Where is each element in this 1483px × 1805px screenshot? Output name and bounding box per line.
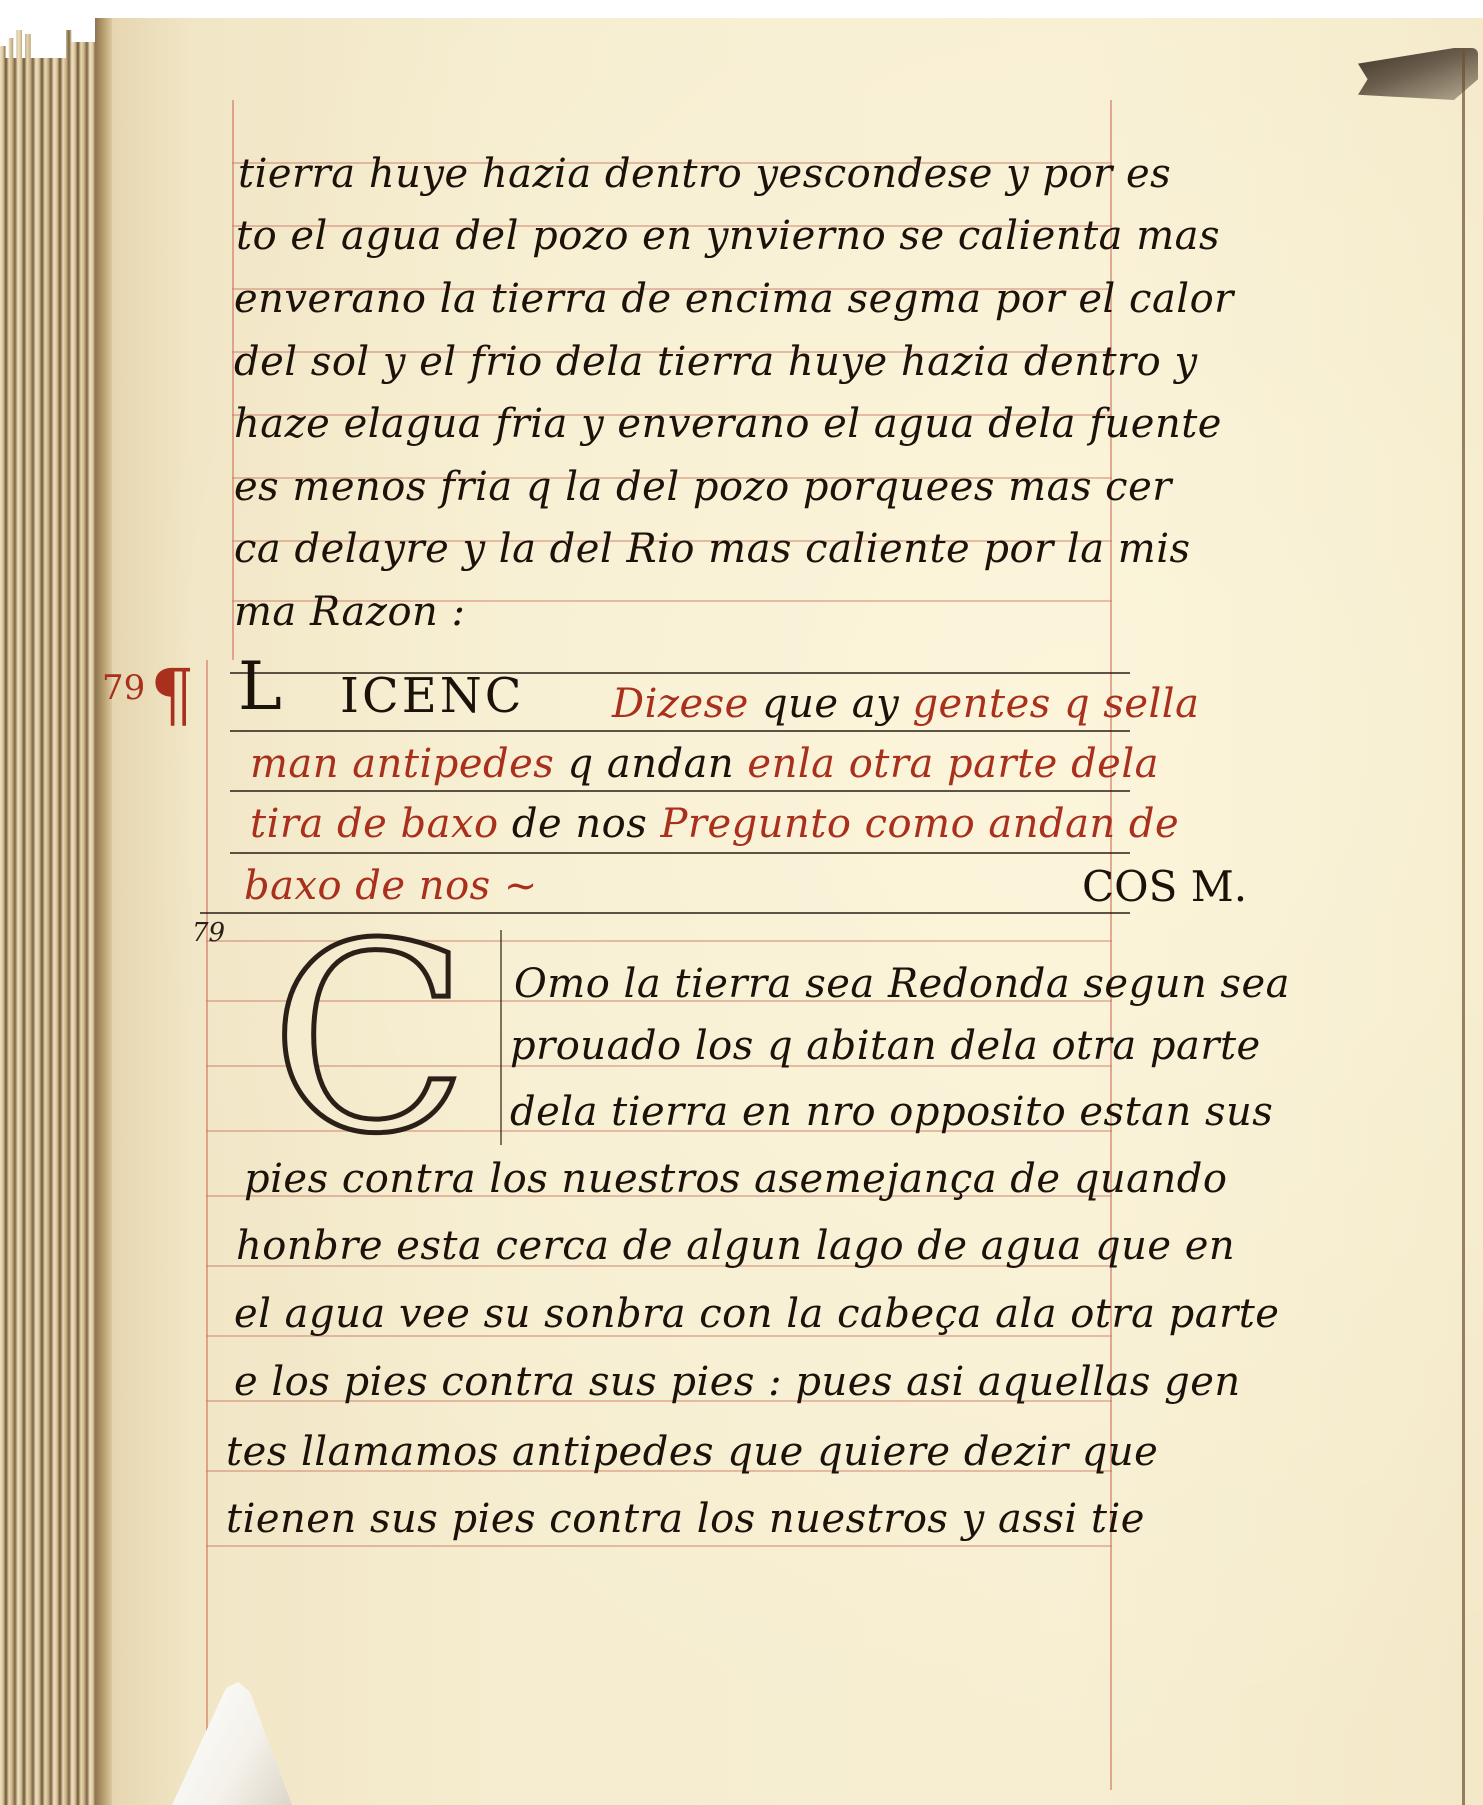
text-line: Omo la tierra sea Redonda segun sea [514, 960, 1290, 1008]
margin-number: 79 [102, 668, 145, 708]
text-line: haze elagua fria y enverano el agua dela… [234, 400, 1222, 448]
red-text: man antipedes [250, 741, 568, 787]
page-right-edge [1462, 50, 1465, 1805]
text-line: honbre esta cerca de algun lago de agua … [236, 1222, 1235, 1270]
red-text: Dizese [612, 681, 749, 727]
question-line: tira de baxo de nos Pregunto como andan … [250, 800, 1179, 848]
text-line: prouado los q abitan dela otra parte [510, 1022, 1261, 1070]
text-line: enverano la tierra de encima segma por e… [234, 275, 1234, 323]
text-line: pies contra los nuestros asemejança de q… [244, 1155, 1227, 1203]
ruling-line [206, 1545, 1112, 1547]
text-line: dela tierra en nro opposito estan sus [510, 1088, 1273, 1136]
speaker-label: COS M. [1082, 862, 1247, 911]
black-text: que ay [749, 681, 913, 727]
text-line: tierra huye hazia dentro yescondese y po… [238, 150, 1171, 198]
black-text: q andan [568, 741, 735, 787]
drop-cap-frame [500, 930, 502, 1145]
text-line: es menos fria q la del pozo porquees mas… [234, 463, 1172, 511]
drop-cap-initial: C [270, 930, 469, 1150]
text-line: e los pies contra sus pies : pues asi aq… [234, 1358, 1241, 1406]
red-text: Pregunto como andan de [647, 801, 1179, 847]
red-text: enla otra parte dela [734, 741, 1159, 787]
question-line: man antipedes q andan enla otra parte de… [250, 740, 1159, 788]
text-line: ca delayre y la del Rio mas caliente por… [234, 525, 1191, 573]
margin-number: 79 [192, 918, 225, 948]
question-rule [230, 730, 1130, 732]
red-text: gentes q sella [912, 681, 1199, 727]
text-line: tes llamamos antipedes que quiere dezir … [226, 1428, 1158, 1476]
initial-letter: L [238, 648, 282, 725]
text-line: del sol y el frio dela tierra huye hazia… [234, 338, 1198, 386]
question-line: Dizese que ay gentes q sella [612, 680, 1199, 728]
question-rule [230, 790, 1130, 792]
text-line: to el agua del pozo en ynvierno se calie… [236, 212, 1220, 260]
pilcrow-icon: ¶ [150, 660, 195, 730]
section-heading: ICENC [340, 668, 524, 724]
question-rule [230, 852, 1130, 854]
ruling-left-margin-lower [206, 660, 208, 1760]
black-text: de nos [512, 801, 647, 847]
text-line: el agua vee su sonbra con la cabeça ala … [234, 1290, 1279, 1338]
text-line: tienen sus pies contra los nuestros y as… [226, 1495, 1145, 1543]
book-page-edges [0, 30, 110, 1805]
text-line: ma Razon : [234, 588, 465, 636]
red-text: tira de baxo [250, 801, 512, 847]
